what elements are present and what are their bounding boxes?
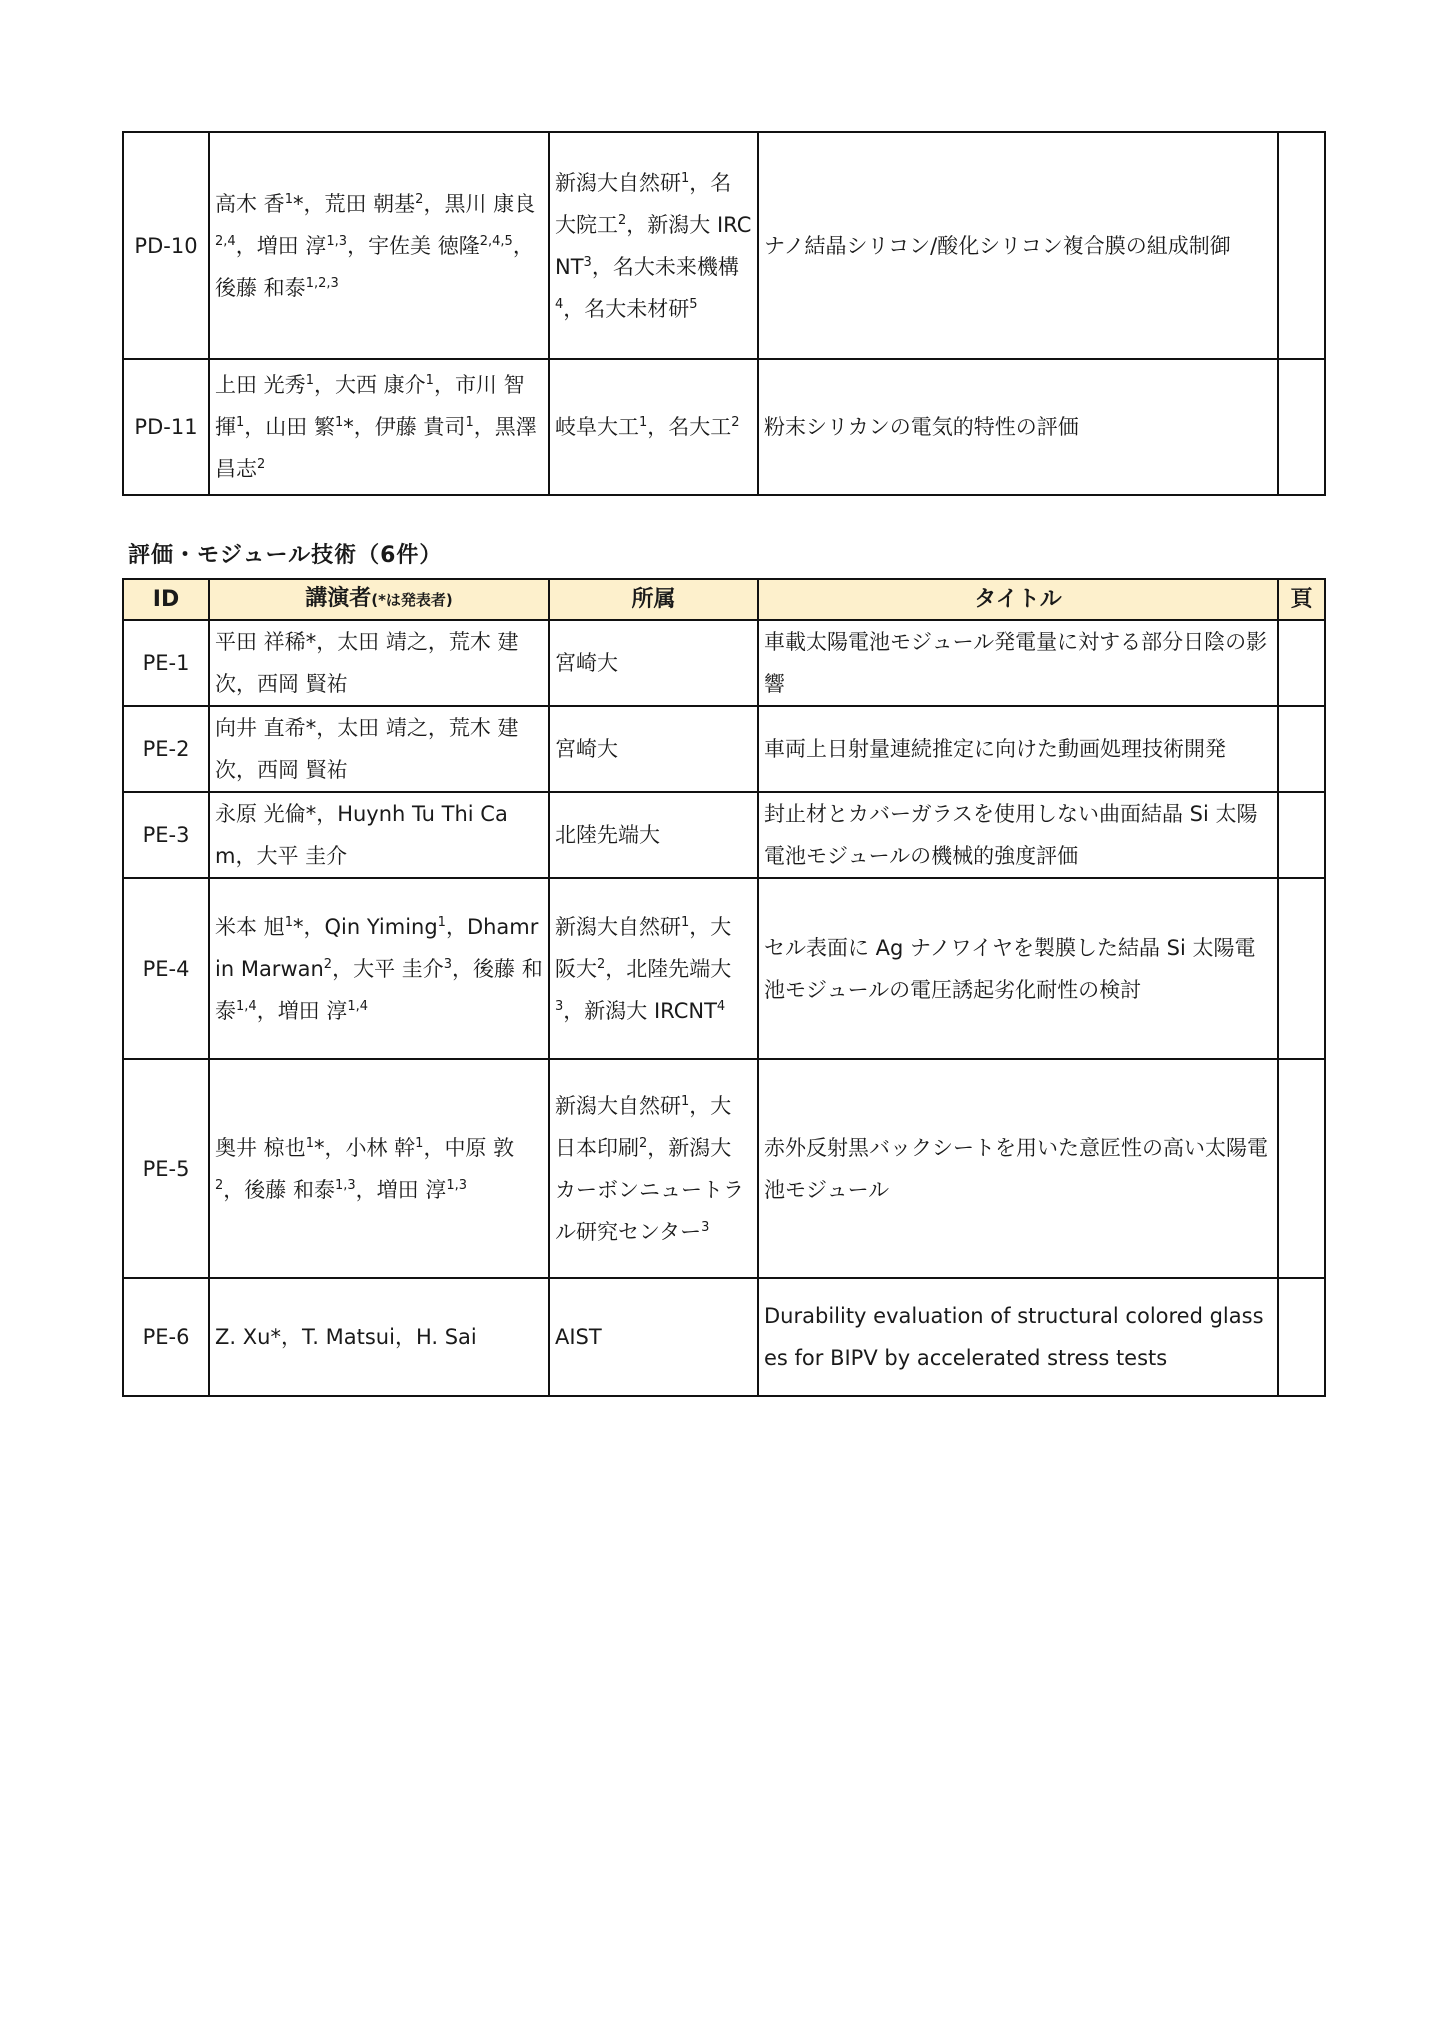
affiliation-name: 新潟大自然研 — [555, 915, 681, 939]
separator: ， — [428, 630, 449, 654]
table-row: PE-1平田 祥稀*，太田 靖之，荒木 建次，西岡 賢祐宮崎大車載太陽電池モジュ… — [123, 620, 1325, 706]
separator: ， — [689, 171, 710, 195]
affiliation-superscript: 1 — [285, 915, 293, 930]
affiliation-name: 新潟大 IRCNT — [584, 999, 717, 1023]
cell-title: 赤外反射黒バックシートを用いた意匠性の高い太陽電池モジュール — [758, 1059, 1278, 1278]
cell-title: ナノ結晶シリコン/酸化シリコン複合膜の組成制御 — [758, 132, 1278, 359]
affiliation-superscript: 2,4,5 — [480, 234, 513, 249]
separator: ， — [347, 234, 368, 258]
affiliation-superscript: 1 — [306, 1136, 314, 1151]
separator: ， — [513, 234, 534, 258]
cell-page — [1278, 1059, 1325, 1278]
presenter-asterisk: * — [293, 915, 304, 939]
affiliation-name: AIST — [555, 1325, 602, 1349]
author-name: 西岡 賢祐 — [257, 758, 348, 782]
separator: ， — [316, 802, 337, 826]
separator: ， — [446, 915, 467, 939]
pd-rows: PD-10高木 香1*，荒田 朝基2，黒川 康良2,4，増田 淳1,3，宇佐美 … — [123, 132, 1325, 495]
affiliation-name: 新潟大自然研 — [555, 171, 681, 195]
affiliation-superscript: 4 — [717, 999, 725, 1014]
author-name: 向井 直希 — [215, 716, 306, 740]
author-name: 黒川 康良 — [444, 192, 535, 216]
table-row: PD-11上田 光秀1，大西 康介1，市川 智揮1，山田 繁1*，伊藤 貴司1，… — [123, 359, 1325, 495]
affiliation-name: 北陸先端大 — [626, 957, 731, 981]
cell-title: セル表面に Ag ナノワイヤを製膜した結晶 Si 太陽電池モジュールの電圧誘起劣… — [758, 878, 1278, 1059]
table-row: PE-3永原 光倫*，Huynh Tu Thi Cam，大平 圭介北陸先端大封止… — [123, 792, 1325, 878]
author-name: 大平 圭介 — [256, 844, 347, 868]
author-name: 米本 旭 — [215, 915, 285, 939]
separator: ， — [605, 957, 626, 981]
cell-page — [1278, 132, 1325, 359]
cell-id: PE-3 — [123, 792, 209, 878]
separator: ， — [236, 672, 257, 696]
cell-id: PE-5 — [123, 1059, 209, 1278]
affiliation-superscript: 2 — [257, 457, 265, 472]
separator: ， — [316, 716, 337, 740]
separator: ， — [474, 415, 495, 439]
presenter-asterisk: * — [270, 1325, 281, 1349]
affiliation-superscript: 5 — [689, 297, 697, 312]
separator: ， — [303, 192, 324, 216]
cell-id: PE-6 — [123, 1278, 209, 1396]
cell-affiliation: 新潟大自然研1，名大院工2，新潟大 IRCNT3，名大未来機構4，名大未材研5 — [549, 132, 758, 359]
separator: ， — [354, 415, 375, 439]
presenter-asterisk: * — [343, 415, 354, 439]
separator: ， — [647, 1136, 668, 1160]
separator: ， — [395, 1325, 416, 1349]
separator: ， — [423, 1136, 444, 1160]
affiliation-superscript: 3 — [584, 255, 592, 270]
author-name: 後藤 和泰 — [244, 1178, 335, 1202]
cell-affiliation: 新潟大自然研1，大日本印刷2，新潟大カーボンニュートラル研究センター3 — [549, 1059, 758, 1278]
author-name: 大平 圭介 — [353, 957, 444, 981]
author-name: 永原 光倫 — [215, 802, 306, 826]
affiliation-name: 宮崎大 — [555, 651, 618, 675]
author-name: 大西 康介 — [335, 373, 426, 397]
author-name: 平田 祥稀 — [215, 630, 306, 654]
separator: ， — [257, 999, 278, 1023]
cell-authors: 平田 祥稀*，太田 靖之，荒木 建次，西岡 賢祐 — [209, 620, 549, 706]
affiliation-name: 岐阜大工 — [555, 415, 639, 439]
affiliation-superscript: 3 — [701, 1220, 709, 1235]
separator: ， — [563, 999, 584, 1023]
program-table-pe: ID 講演者(*は発表者) 所属 タイトル 頁 PE-1平田 祥稀*，太田 靖之… — [122, 578, 1326, 1397]
separator: ， — [647, 415, 668, 439]
affiliation-name: 新潟大自然研 — [555, 1094, 681, 1118]
affiliation-name: 名大未来機構 — [613, 255, 739, 279]
cell-affiliation: 宮崎大 — [549, 620, 758, 706]
program-table-pd: PD-10高木 香1*，荒田 朝基2，黒川 康良2,4，増田 淳1,3，宇佐美 … — [122, 131, 1326, 496]
presenter-note: (*は発表者) — [371, 591, 453, 609]
separator: ， — [428, 716, 449, 740]
separator: ， — [236, 758, 257, 782]
col-header-authors: 講演者(*は発表者) — [209, 579, 549, 620]
cell-page — [1278, 792, 1325, 878]
author-name: 後藤 和泰 — [215, 276, 306, 300]
author-name: 増田 淳 — [278, 999, 348, 1023]
affiliation-superscript: 2 — [324, 957, 332, 972]
cell-title: 封止材とカバーガラスを使用しない曲面結晶 Si 太陽電池モジュールの機械的強度評… — [758, 792, 1278, 878]
affiliation-superscript: 3 — [444, 957, 452, 972]
author-name: 奥井 椋也 — [215, 1136, 306, 1160]
separator: ， — [281, 1325, 302, 1349]
table-row: PE-5奥井 椋也1*，小林 幹1，中原 敦2，後藤 和泰1,3，増田 淳1,3… — [123, 1059, 1325, 1278]
author-name: T. Matsui — [302, 1325, 395, 1349]
separator: ， — [452, 957, 473, 981]
separator: ， — [314, 373, 335, 397]
affiliation-superscript: 1,3 — [326, 234, 347, 249]
cell-affiliation: 岐阜大工1，名大工2 — [549, 359, 758, 495]
affiliation-superscript: 1,4 — [236, 999, 257, 1014]
author-name: 宇佐美 徳隆 — [368, 234, 480, 258]
separator: ， — [434, 373, 455, 397]
cell-authors: 永原 光倫*，Huynh Tu Thi Cam，大平 圭介 — [209, 792, 549, 878]
separator: ， — [423, 192, 444, 216]
affiliation-name: 名大工 — [668, 415, 731, 439]
affiliation-superscript: 1 — [426, 373, 434, 388]
separator: ， — [356, 1178, 377, 1202]
separator: ， — [236, 234, 257, 258]
affiliation-superscript: 1,2,3 — [306, 276, 339, 291]
cell-title: Durability evaluation of structural colo… — [758, 1278, 1278, 1396]
affiliation-name: 北陸先端大 — [555, 823, 660, 847]
affiliation-name: 宮崎大 — [555, 737, 618, 761]
separator: ， — [223, 1178, 244, 1202]
table-row: PE-2向井 直希*，太田 靖之，荒木 建次，西岡 賢祐宮崎大車両上日射量連続推… — [123, 706, 1325, 792]
col-header-affiliation: 所属 — [549, 579, 758, 620]
author-name: 山田 繁 — [265, 415, 335, 439]
cell-title: 車載太陽電池モジュール発電量に対する部分日陰の影響 — [758, 620, 1278, 706]
author-name: 増田 淳 — [257, 234, 327, 258]
cell-title: 車両上日射量連続推定に向けた動画処理技術開発 — [758, 706, 1278, 792]
presenter-asterisk: * — [306, 716, 317, 740]
presenter-asterisk: * — [314, 1136, 325, 1160]
col-header-page: 頁 — [1278, 579, 1325, 620]
author-name: 高木 香 — [215, 192, 285, 216]
author-name: 太田 靖之 — [337, 716, 428, 740]
col-header-id: ID — [123, 579, 209, 620]
table-row: PE-4米本 旭1*，Qin Yiming1，Dhamrin Marwan2，大… — [123, 878, 1325, 1059]
affiliation-superscript: 1 — [306, 373, 314, 388]
separator: ， — [332, 957, 353, 981]
cell-authors: 高木 香1*，荒田 朝基2，黒川 康良2,4，増田 淳1,3，宇佐美 徳隆2,4… — [209, 132, 549, 359]
table-row: PD-10高木 香1*，荒田 朝基2，黒川 康良2,4，増田 淳1,3，宇佐美 … — [123, 132, 1325, 359]
author-name: 小林 幹 — [345, 1136, 415, 1160]
cell-page — [1278, 706, 1325, 792]
affiliation-superscript: 1,3 — [446, 1178, 467, 1193]
separator: ， — [563, 297, 584, 321]
presenter-asterisk: * — [293, 192, 304, 216]
cell-id: PD-11 — [123, 359, 209, 495]
cell-authors: 向井 直希*，太田 靖之，荒木 建次，西岡 賢祐 — [209, 706, 549, 792]
cell-page — [1278, 878, 1325, 1059]
author-name: 荒田 朝基 — [324, 192, 415, 216]
cell-page — [1278, 1278, 1325, 1396]
affiliation-superscript: 1,4 — [347, 999, 368, 1014]
cell-id: PD-10 — [123, 132, 209, 359]
cell-id: PE-4 — [123, 878, 209, 1059]
author-name: Z. Xu — [215, 1325, 270, 1349]
separator: ， — [316, 630, 337, 654]
author-name: H. Sai — [416, 1325, 477, 1349]
author-name: 中原 敦 — [444, 1136, 514, 1160]
author-name: 伊藤 貴司 — [375, 415, 466, 439]
affiliation-superscript: 1 — [438, 915, 446, 930]
cell-title: 粉末シリカンの電気的特性の評価 — [758, 359, 1278, 495]
author-name: 上田 光秀 — [215, 373, 306, 397]
cell-page — [1278, 620, 1325, 706]
cell-page — [1278, 359, 1325, 495]
presenter-asterisk: * — [306, 630, 317, 654]
author-name: Qin Yiming — [324, 915, 437, 939]
author-name: 太田 靖之 — [337, 630, 428, 654]
author-name: 増田 淳 — [377, 1178, 447, 1202]
affiliation-superscript: 2 — [731, 415, 739, 430]
affiliation-superscript: 2,4 — [215, 234, 236, 249]
cell-id: PE-1 — [123, 620, 209, 706]
affiliation-name: 名大未材研 — [584, 297, 689, 321]
section-heading: 評価・モジュール技術（6件） — [128, 538, 442, 569]
cell-affiliation: AIST — [549, 1278, 758, 1396]
presenter-asterisk: * — [306, 802, 317, 826]
separator: ， — [235, 844, 256, 868]
cell-authors: 奥井 椋也1*，小林 幹1，中原 敦2，後藤 和泰1,3，増田 淳1,3 — [209, 1059, 549, 1278]
cell-id: PE-2 — [123, 706, 209, 792]
separator: ， — [303, 915, 324, 939]
separator: ， — [689, 1094, 710, 1118]
separator: ， — [592, 255, 613, 279]
col-header-title: タイトル — [758, 579, 1278, 620]
pe-rows: PE-1平田 祥稀*，太田 靖之，荒木 建次，西岡 賢祐宮崎大車載太陽電池モジュ… — [123, 620, 1325, 1396]
separator: ， — [244, 415, 265, 439]
affiliation-superscript: 1,3 — [335, 1178, 356, 1193]
affiliation-superscript: 1 — [285, 192, 293, 207]
table-header-row: ID 講演者(*は発表者) 所属 タイトル 頁 — [123, 579, 1325, 620]
cell-affiliation: 宮崎大 — [549, 706, 758, 792]
affiliation-superscript: 1 — [335, 415, 343, 430]
cell-authors: 上田 光秀1，大西 康介1，市川 智揮1，山田 繁1*，伊藤 貴司1，黒澤 昌志… — [209, 359, 549, 495]
separator: ， — [324, 1136, 345, 1160]
affiliation-superscript: 1 — [465, 415, 473, 430]
cell-authors: 米本 旭1*，Qin Yiming1，Dhamrin Marwan2，大平 圭介… — [209, 878, 549, 1059]
separator: ， — [689, 915, 710, 939]
cell-affiliation: 新潟大自然研1，大阪大2，北陸先端大3，新潟大 IRCNT4 — [549, 878, 758, 1059]
separator: ， — [626, 213, 647, 237]
cell-affiliation: 北陸先端大 — [549, 792, 758, 878]
author-name: 西岡 賢祐 — [257, 672, 348, 696]
cell-authors: Z. Xu*，T. Matsui，H. Sai — [209, 1278, 549, 1396]
table-row: PE-6Z. Xu*，T. Matsui，H. SaiAISTDurabilit… — [123, 1278, 1325, 1396]
